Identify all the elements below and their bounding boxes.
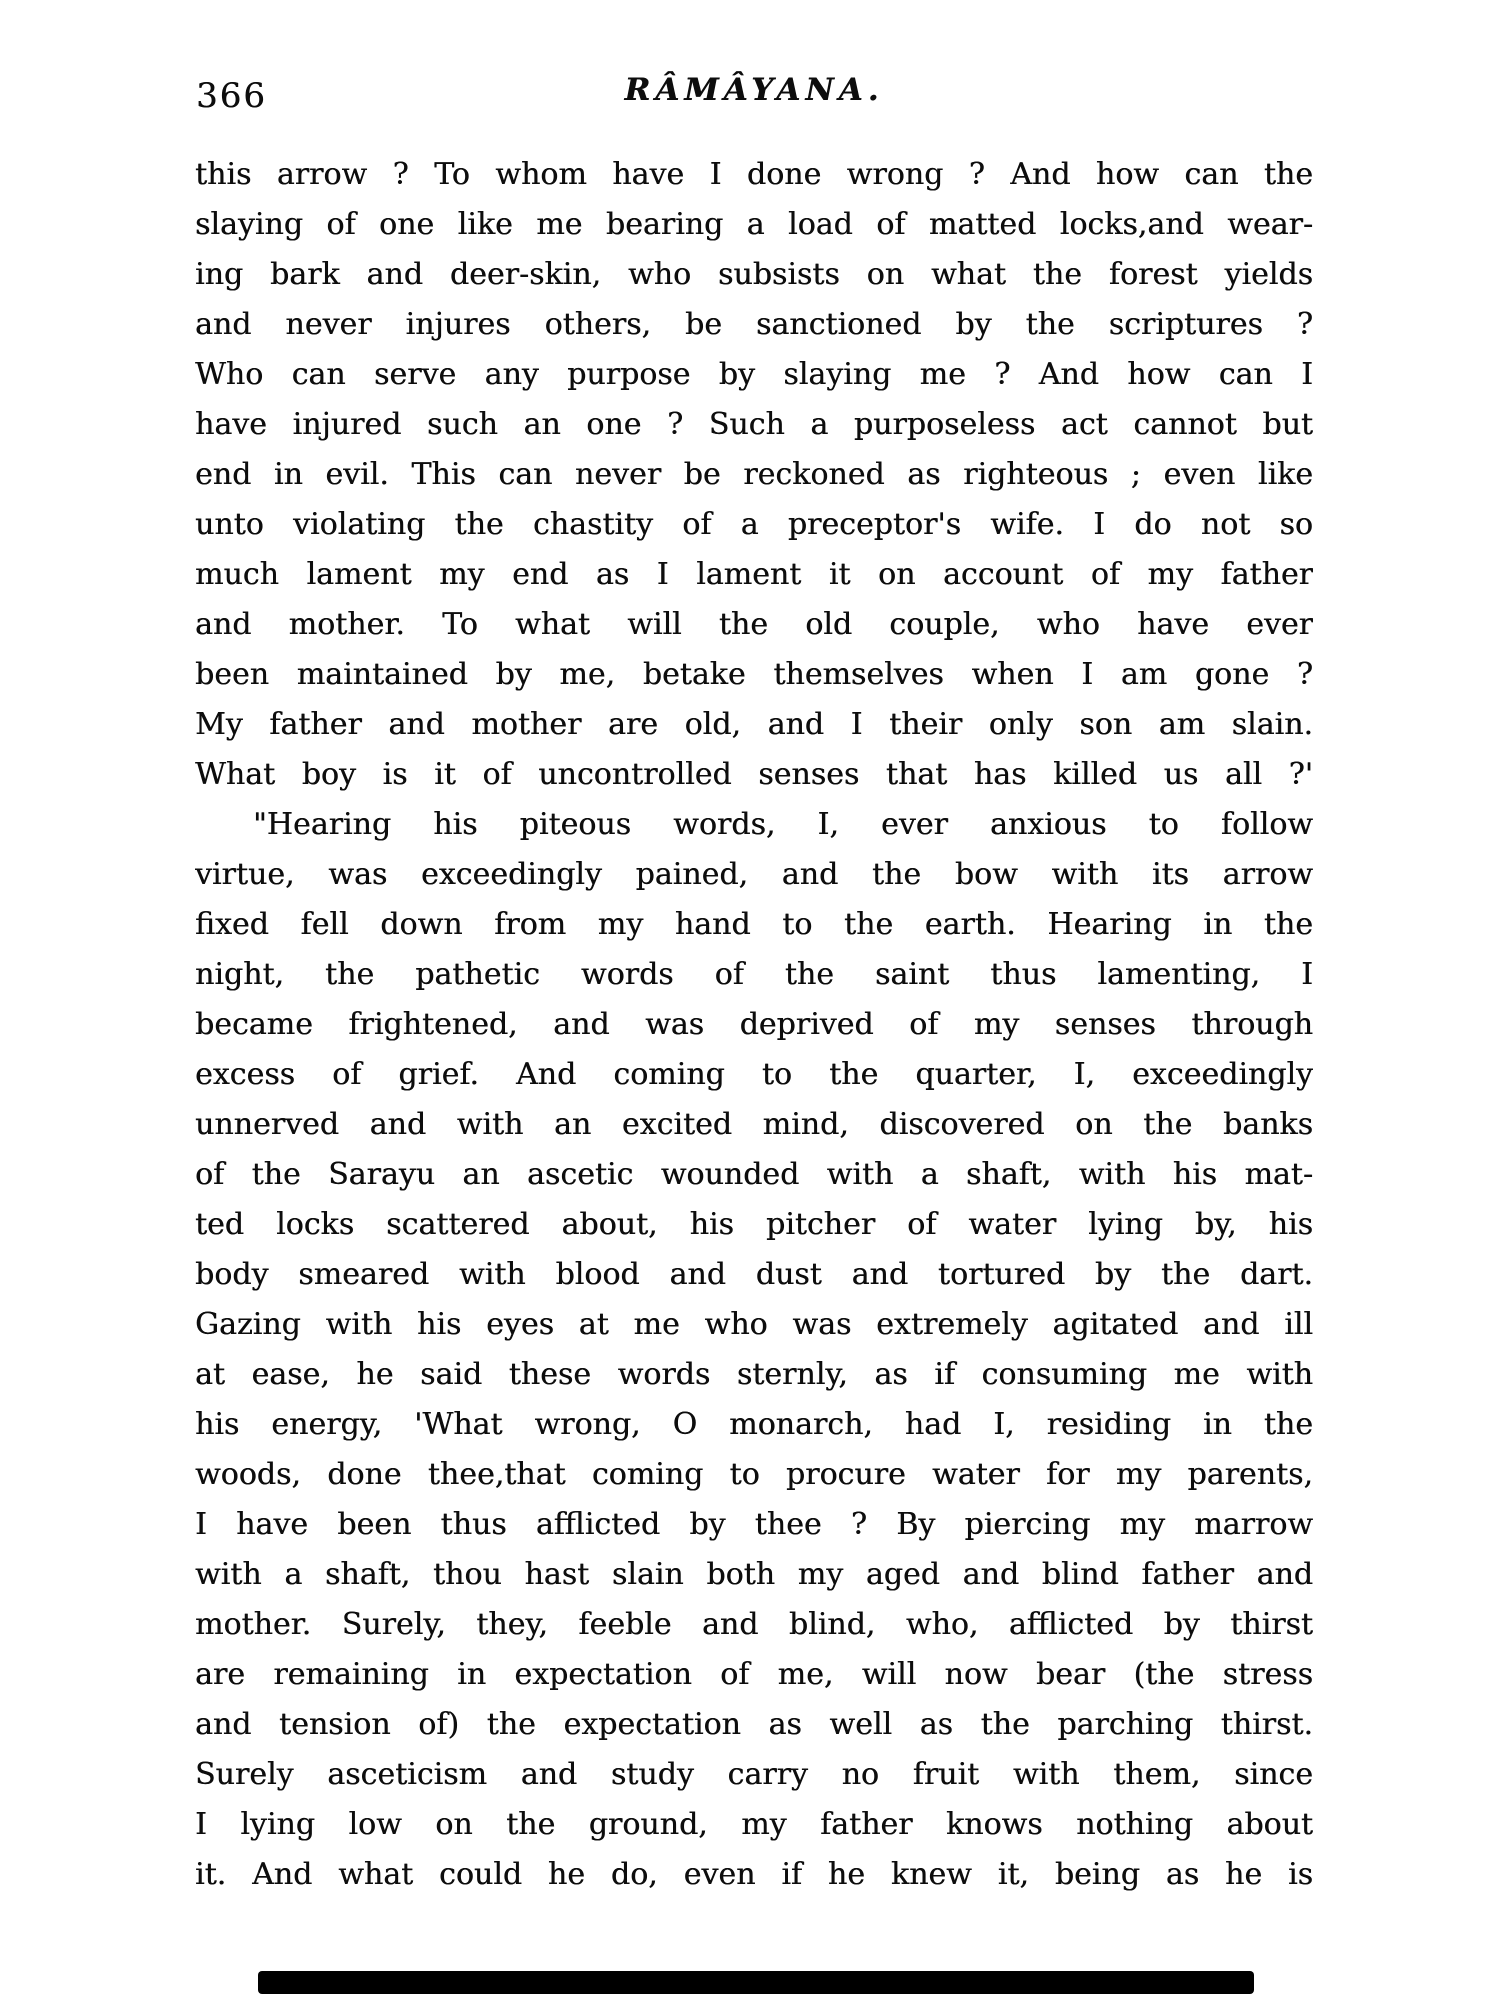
text-line: I lying low on the ground, my father kno…	[195, 1800, 1313, 1850]
text-line: excess of grief. And coming to the quart…	[195, 1050, 1313, 1100]
text-line: Surely asceticism and study carry no fru…	[195, 1750, 1313, 1800]
text-line: Who can serve any purpose by slaying me …	[195, 350, 1313, 400]
text-line: this arrow ? To whom have I done wrong ?…	[195, 150, 1313, 200]
text-line: and never injures others, be sanctioned …	[195, 300, 1313, 350]
text-line: are remaining in expectation of me, will…	[195, 1650, 1313, 1700]
text-line: night, the pathetic words of the saint t…	[195, 950, 1313, 1000]
text-line: his energy, 'What wrong, O monarch, had …	[195, 1400, 1313, 1450]
text-line: body smeared with blood and dust and tor…	[195, 1250, 1313, 1300]
text-line: unto violating the chastity of a precept…	[195, 500, 1313, 550]
text-line: it. And what could he do, even if he kne…	[195, 1850, 1313, 1900]
paragraph: this arrow ? To whom have I done wrong ?…	[195, 150, 1313, 800]
text-line: end in evil. This can never be reckoned …	[195, 450, 1313, 500]
text-line: Gazing with his eyes at me who was extre…	[195, 1300, 1313, 1350]
text-line: ing bark and deer-skin, who subsists on …	[195, 250, 1313, 300]
text-line: slaying of one like me bearing a load of…	[195, 200, 1313, 250]
text-line: ted locks scattered about, his pitcher o…	[195, 1200, 1313, 1250]
paragraph: "Hearing his piteous words, I, ever anxi…	[195, 800, 1313, 1900]
text-line: My father and mother are old, and I thei…	[195, 700, 1313, 750]
text-line: virtue, was exceedingly pained, and the …	[195, 850, 1313, 900]
text-line: unnerved and with an excited mind, disco…	[195, 1100, 1313, 1150]
text-block: this arrow ? To whom have I done wrong ?…	[195, 150, 1313, 1900]
text-line: fixed fell down from my hand to the eart…	[195, 900, 1313, 950]
text-line: "Hearing his piteous words, I, ever anxi…	[195, 800, 1313, 850]
text-line: mother. Surely, they, feeble and blind, …	[195, 1600, 1313, 1650]
text-line: I have been thus afflicted by thee ? By …	[195, 1500, 1313, 1550]
scan-artifact-bar	[258, 1971, 1254, 1994]
text-line: have injured such an one ? Such a purpos…	[195, 400, 1313, 450]
text-line: been maintained by me, betake themselves…	[195, 650, 1313, 700]
running-head-title: RÂMÂYANA.	[195, 72, 1313, 108]
text-line: What boy is it of uncontrolled senses th…	[195, 750, 1313, 800]
text-line: with a shaft, thou hast slain both my ag…	[195, 1550, 1313, 1600]
scanned-book-page: 366 RÂMÂYANA. this arrow ? To whom have …	[0, 0, 1500, 2000]
text-line: woods, done thee,that coming to procure …	[195, 1450, 1313, 1500]
text-line: and mother. To what will the old couple,…	[195, 600, 1313, 650]
text-line: and tension of) the expectation as well …	[195, 1700, 1313, 1750]
text-line: became frightened, and was deprived of m…	[195, 1000, 1313, 1050]
text-line: much lament my end as I lament it on acc…	[195, 550, 1313, 600]
text-line: of the Sarayu an ascetic wounded with a …	[195, 1150, 1313, 1200]
text-line: at ease, he said these words sternly, as…	[195, 1350, 1313, 1400]
